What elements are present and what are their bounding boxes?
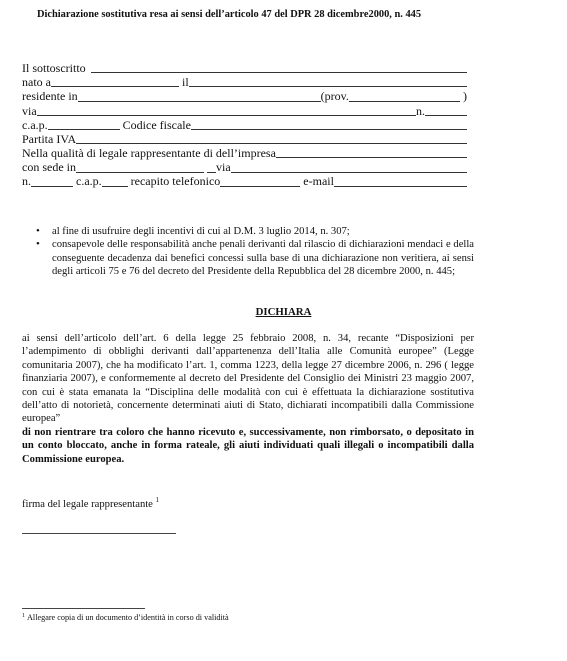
n2-field[interactable]: [31, 175, 73, 187]
premises-list: al fine di usufruire degli incentivi di …: [36, 225, 474, 279]
form-row-cap: c.a.p. Codice fiscale: [22, 118, 467, 132]
declaration-body: ai sensi dell’articolo dell’art. 6 della…: [22, 332, 474, 466]
cap-label: c.a.p.: [22, 118, 48, 132]
signature-line[interactable]: [22, 533, 176, 534]
email-label: e-mail: [303, 174, 334, 188]
form-row-residente: residente in (prov. ): [22, 89, 467, 103]
impresa-field[interactable]: [276, 146, 467, 158]
personal-data-form: Il sottoscritto nato a il residente in (…: [22, 61, 467, 189]
codice-fiscale-field[interactable]: [191, 118, 467, 130]
partita-iva-label: Partita IVA: [22, 132, 76, 146]
form-row-partita-iva: Partita IVA: [22, 132, 467, 146]
n-label: n.: [416, 104, 425, 118]
n-field[interactable]: [425, 104, 467, 116]
residente-field[interactable]: [78, 90, 321, 102]
cap2-field[interactable]: [102, 175, 128, 187]
prov-label: (prov.: [321, 89, 349, 103]
sede-field[interactable]: [76, 161, 204, 173]
form-row-sede: con sede in via: [22, 160, 467, 174]
footnote-text: Allegare copia di un documento d’identit…: [27, 613, 229, 622]
il-label: il: [182, 75, 189, 89]
via-field[interactable]: [37, 104, 416, 116]
qualita-label: Nella qualità di legale rappresentante d…: [22, 146, 276, 160]
premise-item: consapevole delle responsabilità anche p…: [36, 238, 474, 278]
premise-item: al fine di usufruire degli incentivi di …: [36, 225, 474, 238]
email-field[interactable]: [334, 175, 467, 187]
footnote-ref: 1: [156, 496, 160, 504]
form-row-nato: nato a il: [22, 75, 467, 89]
sottoscritto-field[interactable]: [91, 61, 467, 73]
nato-label: nato a: [22, 75, 51, 89]
n2-label: n.: [22, 174, 31, 188]
document-page: Dichiarazione sostitutiva resa ai sensi …: [0, 0, 567, 661]
nato-field[interactable]: [51, 75, 179, 87]
legal-reference-paragraph: ai sensi dell’articolo dell’art. 6 della…: [22, 332, 474, 426]
partita-iva-field[interactable]: [76, 132, 467, 144]
dichiara-heading: DICHIARA: [0, 306, 567, 318]
form-row-sottoscritto: Il sottoscritto: [22, 61, 467, 75]
form-row-contatti: n. c.a.p. recapito telefonico e-mail: [22, 175, 467, 189]
codice-fiscale-label: Codice fiscale: [123, 118, 191, 132]
footnote-separator: [22, 608, 145, 609]
telefono-label: recapito telefonico: [131, 174, 221, 188]
prov-close: ): [463, 89, 467, 103]
residente-label: residente in: [22, 89, 78, 103]
footnote: 1Allegare copia di un documento d’identi…: [22, 613, 229, 622]
form-row-via: via n.: [22, 104, 467, 118]
via-label: via: [22, 104, 37, 118]
sede-spacer-line: [207, 161, 216, 173]
declaration-statement: di non rientrare tra coloro che hanno ri…: [22, 426, 474, 466]
sede-label: con sede in: [22, 160, 76, 174]
il-field[interactable]: [189, 75, 467, 87]
cap-field[interactable]: [48, 118, 120, 130]
telefono-field[interactable]: [220, 175, 300, 187]
document-title: Dichiarazione sostitutiva resa ai sensi …: [37, 9, 421, 20]
cap2-label: c.a.p.: [76, 174, 102, 188]
sede-via-label: via: [216, 160, 231, 174]
sottoscritto-label: Il sottoscritto: [22, 61, 86, 75]
signature-label: firma del legale rappresentante 1: [22, 496, 159, 510]
footnote-number: 1: [22, 613, 25, 619]
prov-field[interactable]: [349, 90, 460, 102]
sede-via-field[interactable]: [231, 161, 467, 173]
form-row-qualita: Nella qualità di legale rappresentante d…: [22, 146, 467, 160]
